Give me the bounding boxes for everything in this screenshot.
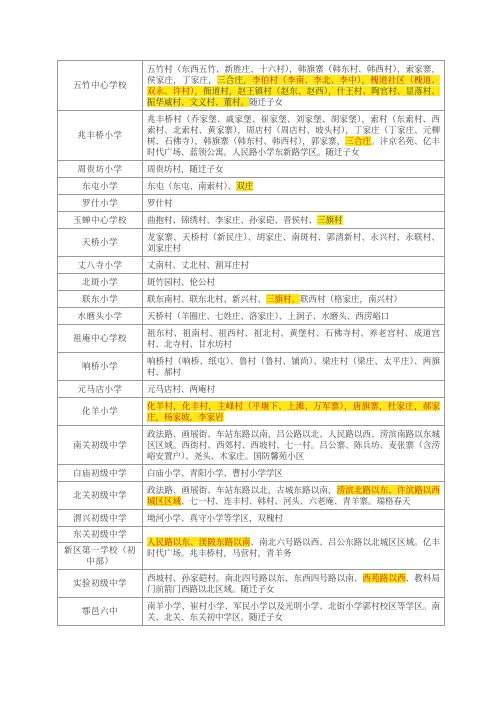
text-segment: 罗什村: [147, 198, 173, 208]
text-segment: 随迁子女: [249, 97, 283, 107]
text-segment: 祖东村、祖南村、祖西村、祖北村、黄堡村、石佛寺村、养老宫村、成道宫村、北寺村、甘…: [147, 328, 440, 349]
text-segment: 丈南村、丈北村、割耳庄村: [147, 260, 249, 270]
text-segment: 天桥村（羊圈庄、七姓庄、洛家庄）、上涧子、水磨头、西涝峪口: [147, 311, 389, 321]
district-content-cell: 联东南村、联东北村、新兴村、三旗村、联西村（格家庄，南兴村）: [143, 291, 445, 308]
text-segment: 政法路、画展街、车站东路以南，吕公路以北、人民路以西、涝滨南路以东城区区域。西街…: [147, 429, 440, 461]
district-content-cell: 西坡村、孙家硙村。南北四号路以东、东西四号路以南、西苑路以西、教科局门前箭门西路…: [143, 570, 445, 598]
district-content-cell: 政法路、画展街、车站东路以南，吕公路以北、人民路以西、涝滨南路以东城区区域。西街…: [143, 426, 445, 465]
school-name-cell: 元马店小学: [58, 381, 143, 398]
school-name-cell: 周贵坊小学: [58, 161, 143, 178]
highlighted-red-segment: 化羊村，化丰村，主峰村（平堰下、上滩、万军寨），唐旗寨，杜家庄，郝家庄，杨家坡，…: [147, 401, 440, 422]
table-row: 祖庵中心学校祖东村、祖南村、祖西村、祖北村、黄堡村、石佛寺村、养老宫村、成道宫村…: [58, 325, 445, 353]
district-content-cell: 政法路、画展街、车站东路以北，古城东路以南，涝滨北路以东、许滨路以西城区区域、七…: [143, 482, 445, 510]
text-segment: 、七一村、连丰村、韩村、河头、六老庵、青羊寨。瑞格春天: [181, 496, 411, 506]
text-segment: 曲抱村、锦绣村、李家庄、孙家硙、晋侯村、: [147, 215, 317, 225]
highlighted-red-segment: 人民路以东、渼陂东路以南: [147, 537, 250, 547]
school-name-cell: 水磨头小学: [58, 308, 143, 325]
text-segment: 东屯（东屯、南索村）、: [147, 181, 236, 191]
school-name-cell: 渭兴初级中学: [58, 510, 143, 527]
school-name-cell: 响桥小学: [58, 353, 143, 381]
school-name-cell: 新区第一学校（初中部）: [58, 543, 143, 570]
district-content-cell: 罗什村: [143, 195, 445, 212]
table-row: 实验初级中学西坡村、孙家硙村。南北四号路以东、东西四号路以南、西苑路以西、教科局…: [58, 570, 445, 598]
school-name-cell: 玉蝉中心学校: [58, 212, 143, 229]
table-row: 水磨头小学天桥村（羊圈庄、七姓庄、洛家庄）、上涧子、水磨头、西涝峪口: [58, 308, 445, 325]
school-name-cell: 鄠邑六中: [58, 598, 143, 626]
school-name-cell: 联东小学: [58, 291, 143, 308]
school-name-cell: 白庙初级中学: [58, 465, 143, 482]
table-row: 五竹中心学校五竹村（东西五竹、新胜庄、十六村），韩旗寨（韩东村、韩西村），索家寨…: [58, 61, 445, 111]
text-segment: 白庙小学、青阳小学、曹村小学学区: [147, 468, 283, 478]
highlighted-red-segment: 三合庄: [345, 136, 371, 146]
district-content-cell: 南羊小学、崔村小学、军民小学以及光明小学、北街小学郭村校区等学区。南关、北关、东…: [143, 598, 445, 626]
district-content-cell: 天桥村（羊圈庄、七姓庄、洛家庄）、上涧子、水磨头、西涝峪口: [143, 308, 445, 325]
table-row: 东屯小学东屯（东屯、南索村）、双庄: [58, 178, 445, 195]
table-row: 玉蝉中心学校曲抱村、锦绣村、李家庄、孙家硙、晋侯村、三旗村: [58, 212, 445, 229]
text-segment: 周贵坊村，随迁子女: [147, 164, 224, 174]
table-row: 白庙初级中学白庙小学、青阳小学、曹村小学学区: [58, 465, 445, 482]
district-content-cell: 元马店村、两庵村: [143, 381, 445, 398]
table-row: 北关初级中学政法路、画展街、车站东路以北，古城东路以南，涝滨北路以东、许滨路以西…: [58, 482, 445, 510]
district-content-cell: 祖东村、祖南村、祖西村、祖北村、黄堡村、石佛寺村、养老宫村、成道宫村、北寺村、甘…: [143, 325, 445, 353]
school-district-table: 五竹中心学校五竹村（东西五竹、新胜庄、十六村），韩旗寨（韩东村、韩西村），索家寨…: [57, 60, 445, 626]
school-name-cell: 东屯小学: [58, 178, 143, 195]
table-row: 天桥小学龙家寨、天桥村（新民庄）、胡家庄、南斑村、郭清新村、永兴村、永联村、刘家…: [58, 229, 445, 257]
text-segment: 坳河小学、真守小学等学区，双槐村: [147, 513, 283, 523]
school-name-cell: 北斑小学: [58, 274, 143, 291]
text-segment: 斑竹园村、伦公村: [147, 277, 215, 287]
table-row: 化羊小学化羊村，化丰村，主峰村（平堰下、上滩、万军寨），唐旗寨，杜家庄，郝家庄，…: [58, 398, 445, 426]
table-row: 东关初级中学人民路以东、渼陂东路以南、南北六号路以西、吕公东路以北城区区域。亿丰…: [58, 527, 445, 543]
text-segment: 政法路、画展街、车站东路以北，古城东路以南，: [147, 485, 337, 495]
district-content-cell: 兆丰桥村（乔家堡、戚家堡、崔家堡、刘家堡、胡家堡），索村（东索村、西索村、北索村…: [143, 111, 445, 161]
table-row: 鄠邑六中南羊小学、崔村小学、军民小学以及光明小学、北街小学郭村校区等学区。南关、…: [58, 598, 445, 626]
highlighted-segment: 三合庄，: [217, 75, 252, 85]
district-content-cell: 曲抱村、锦绣村、李家庄、孙家硙、晋侯村、三旗村: [143, 212, 445, 229]
text-segment: 龙家寨、天桥村（新民庄）、胡家庄、南斑村、郭清新村、永兴村、永联村、刘家庄村: [147, 232, 440, 253]
table-row: 罗什小学罗什村: [58, 195, 445, 212]
school-name-cell: 天桥小学: [58, 229, 143, 257]
table-row: 南关初级中学政法路、画展街、车站东路以南，吕公路以北、人民路以西、涝滨南路以东城…: [58, 426, 445, 465]
document-page: 五竹中心学校五竹村（东西五竹、新胜庄、十六村），韩旗寨（韩东村、韩西村），索家寨…: [0, 0, 500, 707]
table-row: 渭兴初级中学坳河小学、真守小学等学区，双槐村: [58, 510, 445, 527]
school-name-cell: 化羊小学: [58, 398, 143, 426]
highlighted-red-segment: 西苑路以西: [363, 573, 406, 583]
text-segment: 联东南村、联东北村、新兴村、: [147, 294, 266, 304]
district-content-cell: 丈南村、丈北村、割耳庄村: [143, 257, 445, 274]
district-table-body: 五竹中心学校五竹村（东西五竹、新胜庄、十六村），韩旗寨（韩东村、韩西村），索家寨…: [58, 61, 445, 626]
school-name-cell: 丈八寺小学: [58, 257, 143, 274]
highlighted-segment: 三旗村: [317, 215, 343, 225]
table-row: 联东小学联东南村、联东北村、新兴村、三旗村、联西村（格家庄，南兴村）: [58, 291, 445, 308]
text-segment: 联西村（格家庄，南兴村）: [300, 294, 402, 304]
school-name-cell: 实验初级中学: [58, 570, 143, 598]
district-content-cell: 化羊村，化丰村，主峰村（平堰下、上滩、万军寨），唐旗寨，杜家庄，郝家庄，杨家坡，…: [143, 398, 445, 426]
table-row: 兆丰桥小学兆丰桥村（乔家堡、戚家堡、崔家堡、刘家堡、胡家堡），索村（东索村、西索…: [58, 111, 445, 161]
table-row: 北斑小学斑竹园村、伦公村: [58, 274, 445, 291]
school-name-cell: 祖庵中心学校: [58, 325, 143, 353]
district-content-cell: 东屯（东屯、南索村）、双庄: [143, 178, 445, 195]
district-content-cell: 响桥村（响桥、纸屯）、鲁村（鲁村、铺尚）、梁庄村（梁庄、太平庄）、两旗村、郝村: [143, 353, 445, 381]
school-name-cell: 罗什小学: [58, 195, 143, 212]
district-content-cell: 坳河小学、真守小学等学区，双槐村: [143, 510, 445, 527]
district-content-cell: 人民路以东、渼陂东路以南、南北六号路以西、吕公东路以北城区区域。亿丰时代广场。兆…: [143, 527, 445, 570]
table-row: 丈八寺小学丈南村、丈北村、割耳庄村: [58, 257, 445, 274]
school-name-cell: 兆丰桥小学: [58, 111, 143, 161]
school-name-cell: 北关初级中学: [58, 482, 143, 510]
district-content-cell: 周贵坊村，随迁子女: [143, 161, 445, 178]
district-content-cell: 白庙小学、青阳小学、曹村小学学区: [143, 465, 445, 482]
text-segment: 南羊小学、崔村小学、军民小学以及光明小学、北街小学郭村校区等学区。南关、北关、东…: [147, 601, 440, 622]
highlighted-segment: 双庄: [236, 181, 253, 191]
text-segment: 响桥村（响桥、纸屯）、鲁村（鲁村、铺尚）、梁庄村（梁庄、太平庄）、两旗村、郝村: [147, 356, 440, 377]
district-content-cell: 五竹村（东西五竹、新胜庄、十六村），韩旗寨（韩东村、韩西村），索家寨，侯家庄，丁…: [143, 61, 445, 111]
table-row: 响桥小学响桥村（响桥、纸屯）、鲁村（鲁村、铺尚）、梁庄村（梁庄、太平庄）、两旗村…: [58, 353, 445, 381]
text-segment: 元马店村、两庵村: [147, 384, 215, 394]
text-segment: 西坡村、孙家硙村。南北四号路以东、东西四号路以南、: [147, 573, 363, 583]
highlighted-red-segment: 三旗村、: [266, 294, 300, 304]
school-name-cell: 东关初级中学: [58, 527, 143, 543]
school-name-cell: 五竹中心学校: [58, 61, 143, 111]
school-name-cell: 南关初级中学: [58, 426, 143, 465]
district-content-cell: 龙家寨、天桥村（新民庄）、胡家庄、南斑村、郭清新村、永兴村、永联村、刘家庄村: [143, 229, 445, 257]
district-content-cell: 斑竹园村、伦公村: [143, 274, 445, 291]
table-row: 周贵坊小学周贵坊村，随迁子女: [58, 161, 445, 178]
table-row: 元马店小学元马店村、两庵村: [58, 381, 445, 398]
